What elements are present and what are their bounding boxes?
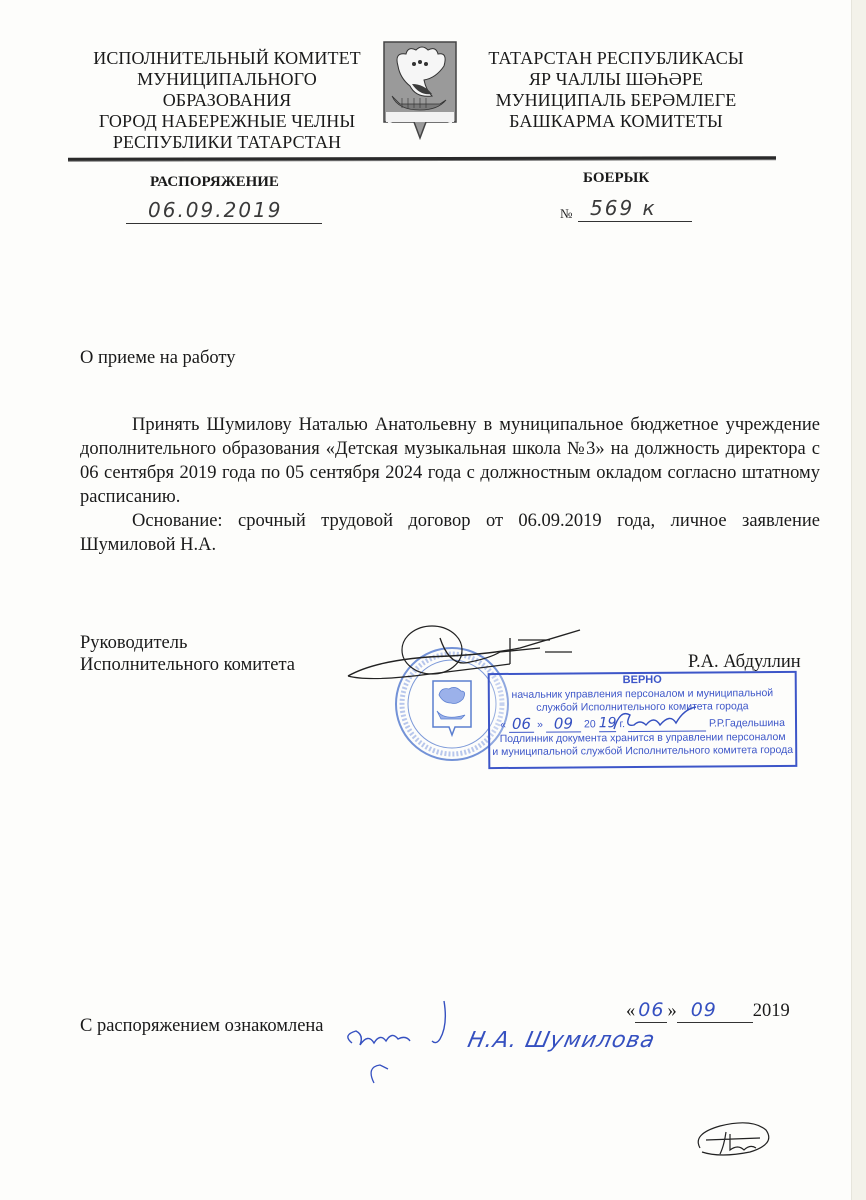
stamp-line: начальник управления персоналом и муници… [490, 686, 795, 702]
header-divider [68, 156, 776, 160]
coat-of-arms-icon [380, 38, 460, 142]
order-paragraph-basis: Основание: срочный трудовой договор от 0… [80, 509, 820, 557]
header-right-line: ЯР ЧАЛЛЫ ШӘҺӘРЕ [488, 69, 744, 90]
stamp-signer: Р.Р.Гадельшина [709, 717, 785, 731]
stamp-date-day: 06 [509, 718, 534, 733]
order-date-field: 06.09.2019 [126, 198, 322, 224]
employee-signature-icon [340, 995, 460, 1085]
page-edge [851, 0, 866, 1200]
header-right-line: ТАТАРСТАН РЕСПУБЛИКАСЫ [488, 48, 744, 69]
header-left-org-name: ИСПОЛНИТЕЛЬНЫЙ КОМИТЕТ МУНИЦИПАЛЬНОГО ОБ… [72, 48, 382, 153]
ack-month: 09 [677, 998, 753, 1023]
header-right-line: БАШКАРМА КОМИТЕТЫ [488, 111, 744, 132]
ack-close-quote: » [667, 999, 676, 1023]
header-right-line: МУНИЦИПАЛЬ БЕРӘМЛЕГЕ [488, 90, 744, 111]
header-left-line: РЕСПУБЛИКИ ТАТАРСТАН [72, 132, 382, 153]
employee-handwritten-name: Н.А. Шумилова [465, 1028, 657, 1053]
stamp-date-year-prefix: 20 [584, 718, 596, 732]
order-number-sign: № [560, 206, 572, 222]
stamp-date-suffix: г. [619, 718, 625, 732]
signatory-title-line: Руководитель [80, 632, 295, 654]
signatory-title: Руководитель Исполнительного комитета [80, 632, 295, 676]
header-left-line: ГОРОД НАБЕРЕЖНЫЕ ЧЕЛНЫ [72, 111, 382, 132]
header-right-org-name: ТАТАРСТАН РЕСПУБЛИКАСЫ ЯР ЧАЛЛЫ ШӘҺӘРЕ М… [488, 48, 744, 132]
certification-stamp: ВЕРНО начальник управления персоналом и … [488, 671, 798, 769]
stamp-date-year-suffix: 19 [599, 717, 617, 732]
acknowledgement-date: « 06 » 09 2019 [626, 998, 790, 1023]
signatory-title-line: Исполнительного комитета [80, 654, 295, 676]
stamp-date-month: 09 [546, 717, 581, 732]
stamp-date-row: « 06 » 09 20 19 г. Р.Р.Гадельшина [490, 713, 795, 732]
header-left-line: МУНИЦИПАЛЬНОГО ОБРАЗОВАНИЯ [72, 69, 382, 111]
order-paragraph-main: Принять Шумилову Наталью Анатольевну в м… [80, 413, 820, 509]
header-left-line: ИСПОЛНИТЕЛЬНЫЙ КОМИТЕТ [72, 48, 382, 69]
order-subject: О приеме на работу [80, 346, 236, 370]
order-type-ru: РАСПОРЯЖЕНИЕ [150, 174, 279, 191]
ack-open-quote: « [626, 999, 635, 1023]
stamp-line: и муниципальной службой Исполнительного … [490, 744, 795, 760]
ack-year: 2019 [753, 999, 790, 1023]
ack-day: 06 [635, 998, 667, 1023]
order-number-field: 569 к [578, 196, 692, 222]
acknowledgement-label: С распоряжением ознакомлена [80, 1014, 324, 1038]
order-type-tt: БОЕРЫК [583, 170, 649, 187]
initials-signature-icon [690, 1114, 780, 1164]
